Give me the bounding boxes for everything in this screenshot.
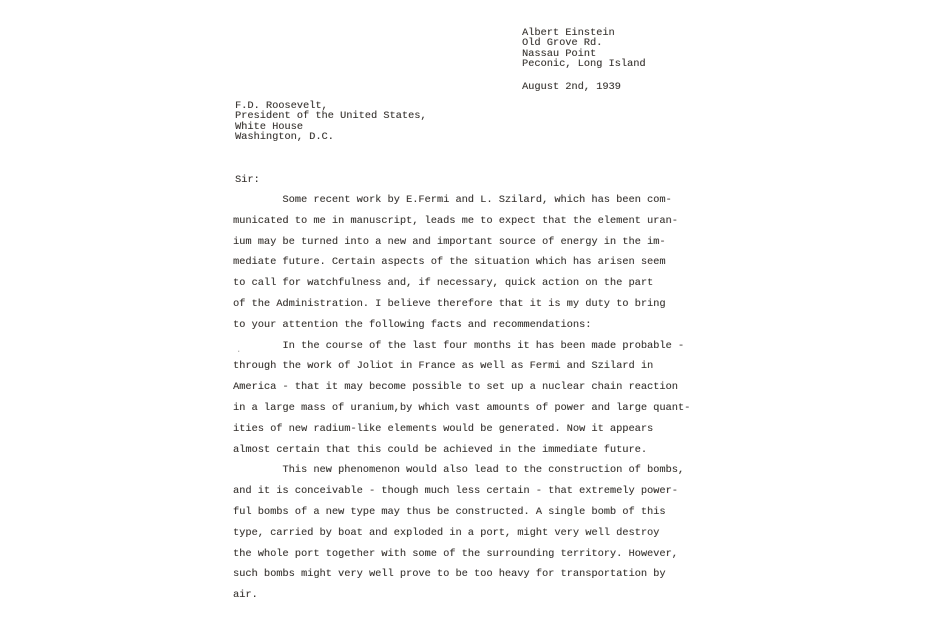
address-line: Washington, D.C. [235, 132, 427, 142]
body-line: and it is conceivable - though much less… [233, 481, 690, 502]
body-line: municated to me in manuscript, leads me … [233, 211, 690, 232]
body-line: the whole port together with some of the… [233, 544, 690, 565]
body-line: almost certain that this could be achiev… [233, 440, 690, 461]
body-line: This new phenomenon would also lead to t… [233, 460, 690, 481]
recipient-address-block: F.D. Roosevelt,President of the United S… [235, 101, 427, 143]
body-line: ities of new radium-like elements would … [233, 419, 690, 440]
body-line: air. [233, 585, 690, 606]
body-line: mediate future. Certain aspects of the s… [233, 252, 690, 273]
body-line: ful bombs of a new type may thus be cons… [233, 502, 690, 523]
body-line: of the Administration. I believe therefo… [233, 294, 690, 315]
sender-address-block: Albert EinsteinOld Grove Rd.Nassau Point… [522, 28, 646, 70]
body-line: to your attention the following facts an… [233, 315, 690, 336]
letter-body: Some recent work by E.Fermi and L. Szila… [233, 190, 690, 606]
body-line: In the course of the last four months it… [233, 336, 690, 357]
salutation: Sir: [235, 175, 260, 185]
letter-page: Albert EinsteinOld Grove Rd.Nassau Point… [0, 0, 940, 625]
body-line: Some recent work by E.Fermi and L. Szila… [233, 190, 690, 211]
body-line: through the work of Joliot in France as … [233, 356, 690, 377]
body-line: to call for watchfulness and, if necessa… [233, 273, 690, 294]
body-line: such bombs might very well prove to be t… [233, 564, 690, 585]
body-line: America - that it may become possible to… [233, 377, 690, 398]
address-line: Peconic, Long Island [522, 59, 646, 69]
body-line: ium may be turned into a new and importa… [233, 232, 690, 253]
body-line: in a large mass of uranium,by which vast… [233, 398, 690, 419]
date-line: August 2nd, 1939 [522, 82, 621, 92]
stray-typewriter-mark: . [236, 345, 241, 355]
body-line: type, carried by boat and exploded in a … [233, 523, 690, 544]
